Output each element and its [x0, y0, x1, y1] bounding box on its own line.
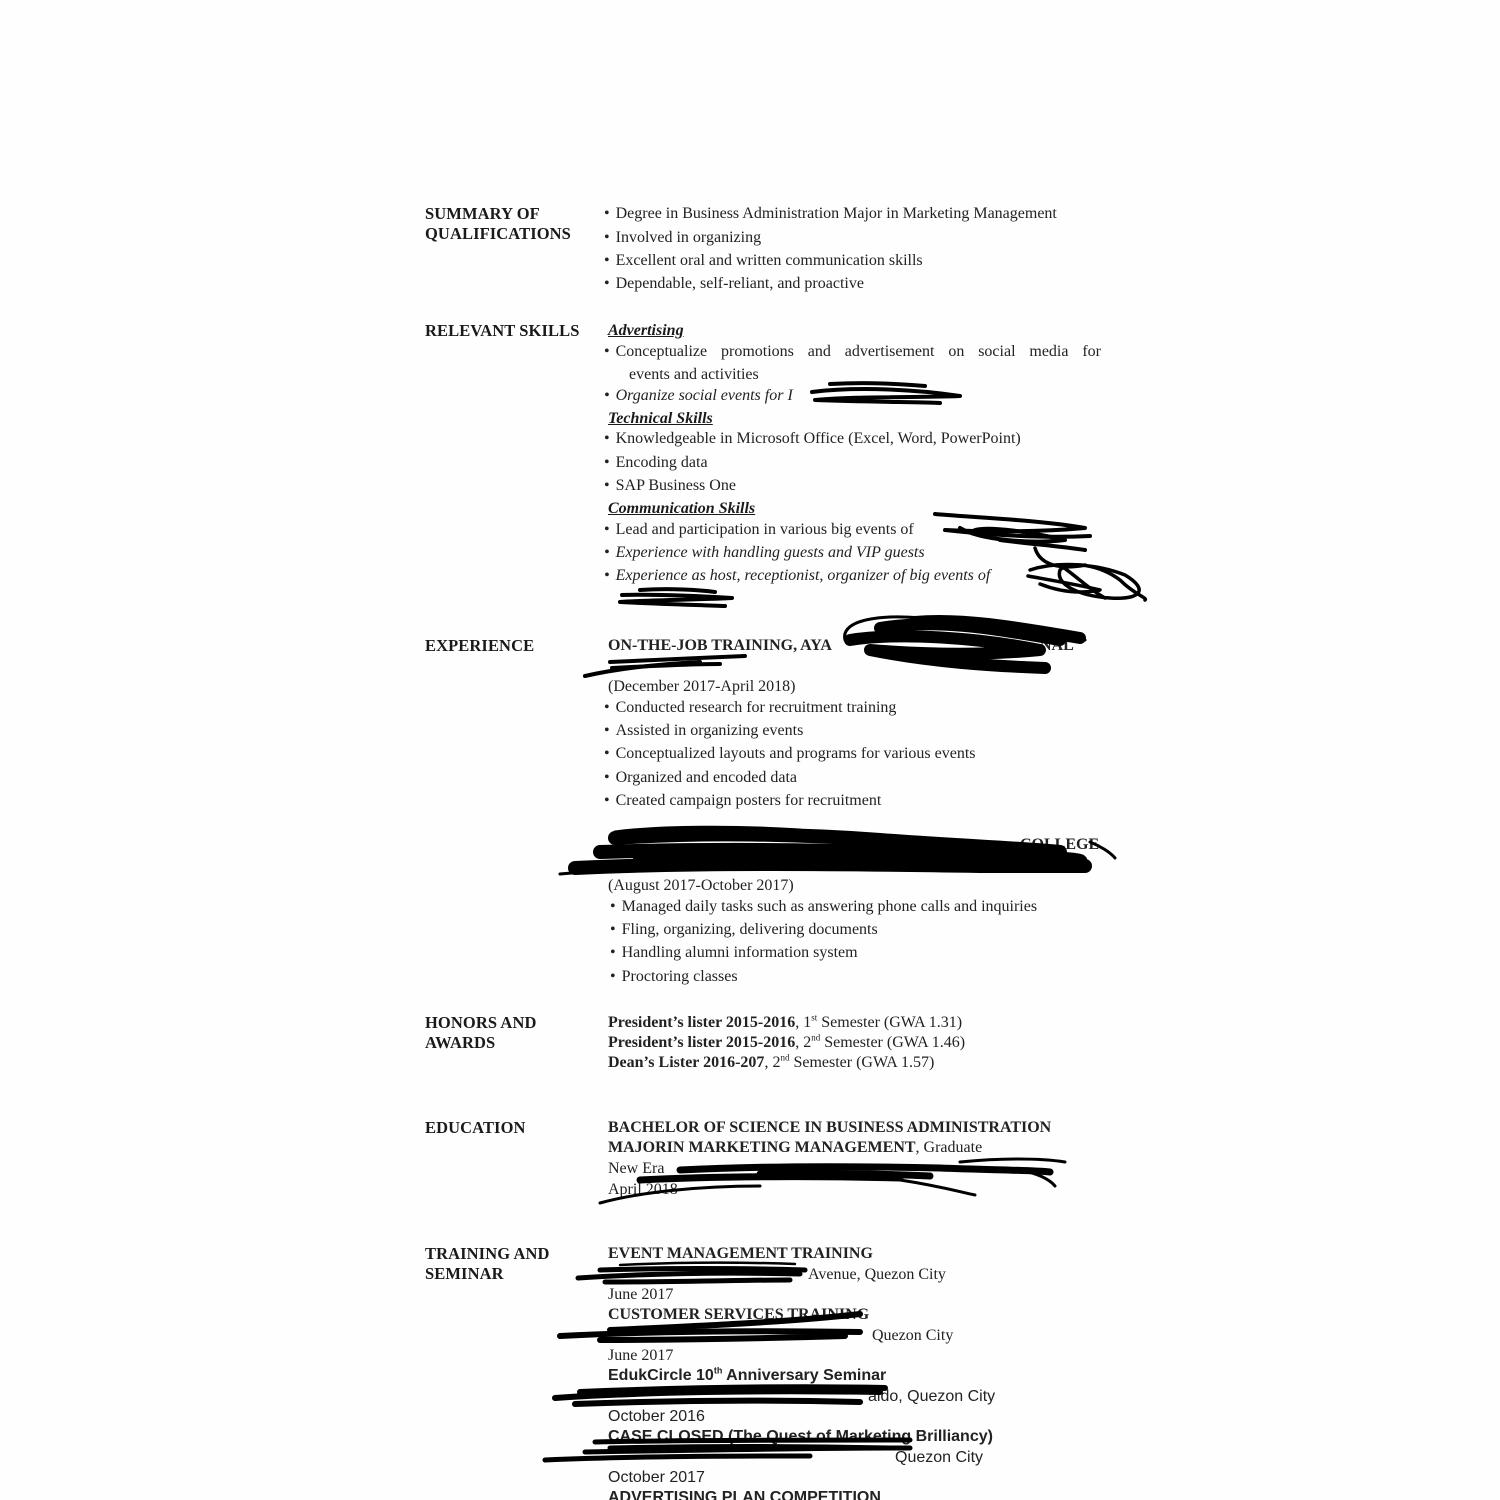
- training-title: CUSTOMER SERVICES TRAINING: [608, 1305, 869, 1325]
- training-location: aldo, Quezon City: [868, 1387, 995, 1407]
- honor-item: President’s lister 2015-2016, 2nd Semest…: [608, 1033, 965, 1053]
- redaction-scribble: [555, 1387, 885, 1404]
- skills-item: Knowledgeable in Microsoft Office (Excel…: [604, 429, 1021, 449]
- training-label-line1: TRAINING AND: [425, 1244, 550, 1264]
- training-location: Quezon City: [895, 1448, 983, 1468]
- training-date: October 2016: [608, 1407, 705, 1427]
- training-title-text: EdukCircle 10: [608, 1367, 714, 1384]
- redaction-blob: [575, 834, 1085, 868]
- honor-item: Dean’s Lister 2016-207, 2nd Semester (GW…: [608, 1053, 934, 1073]
- honor-title: President’s lister 2015-2016: [608, 1034, 795, 1051]
- redaction-scribble: [812, 383, 960, 403]
- section-label-experience: EXPERIENCE: [425, 636, 534, 656]
- skills-item: Experience with handling guests and VIP …: [604, 543, 925, 563]
- section-label-skills: RELEVANT SKILLS: [425, 321, 580, 341]
- skills-item: Organize social events for I: [604, 386, 793, 406]
- honors-label-line1: HONORS AND: [425, 1013, 536, 1033]
- section-label-honors: HONORS AND AWARDS: [425, 1013, 536, 1053]
- job-title-tail: COLLEGE: [1020, 835, 1099, 855]
- job-item: Created campaign posters for recruitment: [604, 791, 881, 811]
- skills-item: Conceptualize promotions and advertiseme…: [604, 342, 1101, 362]
- skills-heading-communication: Communication Skills: [608, 499, 755, 519]
- training-title: ADVERTISING PLAN COMPETITION: [608, 1488, 881, 1500]
- redaction-blob: [640, 1167, 1050, 1180]
- summary-label-line1: SUMMARY OF: [425, 204, 571, 224]
- degree-status: , Graduate: [916, 1139, 983, 1156]
- section-label-summary: SUMMARY OF QUALIFICATIONS: [425, 204, 571, 244]
- redaction-scribble: [620, 589, 732, 606]
- training-label-line2: SEMINAR: [425, 1264, 550, 1284]
- job-dates: (August 2017-October 2017): [608, 876, 794, 896]
- job-item: Handling alumni information system: [610, 943, 858, 963]
- honor-title: Dean’s Lister 2016-207: [608, 1054, 764, 1071]
- honor-detail: Semester (GWA 1.46): [820, 1034, 965, 1051]
- degree-line1: BACHELOR OF SCIENCE IN BUSINESS ADMINIST…: [608, 1118, 1051, 1138]
- section-label-education: EDUCATION: [425, 1118, 526, 1138]
- training-title: CASE CLOSED (The Quest of Marketing Bril…: [608, 1427, 993, 1447]
- training-title-text: Anniversary Seminar: [722, 1367, 886, 1384]
- honors-label-line2: AWARDS: [425, 1033, 536, 1053]
- honor-title: President’s lister 2015-2016: [608, 1014, 795, 1031]
- training-location: Quezon City: [872, 1326, 953, 1346]
- honor-ordinal-suffix: nd: [811, 1033, 820, 1043]
- honor-detail: Semester (GWA 1.31): [817, 1014, 962, 1031]
- summary-item: Dependable, self-reliant, and proactive: [604, 274, 864, 294]
- resume-page: SUMMARY OF QUALIFICATIONS Degree in Busi…: [0, 0, 1500, 1500]
- summary-item: Involved in organizing: [604, 228, 761, 248]
- job-title-tail: NAL: [1040, 636, 1074, 656]
- redaction-scribble: [935, 514, 1090, 550]
- training-date: June 2017: [608, 1346, 673, 1366]
- training-date: October 2017: [608, 1468, 705, 1488]
- summary-item: Excellent oral and written communication…: [604, 251, 923, 271]
- skills-heading-advertising: Advertising: [608, 321, 684, 341]
- summary-item: Degree in Business Administration Major …: [604, 204, 1057, 224]
- job-item: Proctoring classes: [610, 967, 738, 987]
- degree-major: MAJORIN MARKETING MANAGEMENT: [608, 1139, 916, 1156]
- job-title: ON-THE-JOB TRAINING, AYA: [608, 636, 832, 656]
- graduation-date: April 2018: [608, 1180, 678, 1200]
- job-item: Organized and encoded data: [604, 768, 797, 788]
- degree-line2: MAJORIN MARKETING MANAGEMENT, Graduate: [608, 1138, 982, 1158]
- training-title: EdukCircle 10th Anniversary Seminar: [608, 1366, 886, 1386]
- skills-item: Encoding data: [604, 453, 708, 473]
- skills-item: Experience as host, receptionist, organi…: [604, 566, 990, 586]
- job-item: Assisted in organizing events: [604, 721, 803, 741]
- honor-detail: Semester (GWA 1.57): [789, 1054, 934, 1071]
- skills-item-continued: events and activities: [629, 365, 759, 385]
- section-label-training: TRAINING AND SEMINAR: [425, 1244, 550, 1284]
- job-dates: (December 2017-April 2018): [608, 677, 796, 697]
- summary-label-line2: QUALIFICATIONS: [425, 224, 571, 244]
- skills-heading-technical: Technical Skills: [608, 409, 713, 429]
- skills-item: Lead and participation in various big ev…: [604, 520, 914, 540]
- redaction-scribble: [585, 656, 745, 676]
- training-title: EVENT MANAGEMENT TRAINING: [608, 1244, 873, 1264]
- honor-item: President’s lister 2015-2016, 1st Semest…: [608, 1013, 962, 1033]
- job-item: Managed daily tasks such as answering ph…: [610, 897, 1037, 917]
- job-item: Conducted research for recruitment train…: [604, 698, 896, 718]
- school-name: New Era: [608, 1159, 664, 1179]
- redaction-scribble: [1028, 548, 1145, 600]
- job-item: Conceptualized layouts and programs for …: [604, 744, 976, 764]
- job-item: Fling, organizing, delivering documents: [610, 920, 878, 940]
- redaction-scribble: [578, 1269, 805, 1283]
- skills-item: SAP Business One: [604, 476, 736, 496]
- training-location: Avenue, Quezon City: [808, 1265, 946, 1285]
- training-date: June 2017: [608, 1285, 673, 1305]
